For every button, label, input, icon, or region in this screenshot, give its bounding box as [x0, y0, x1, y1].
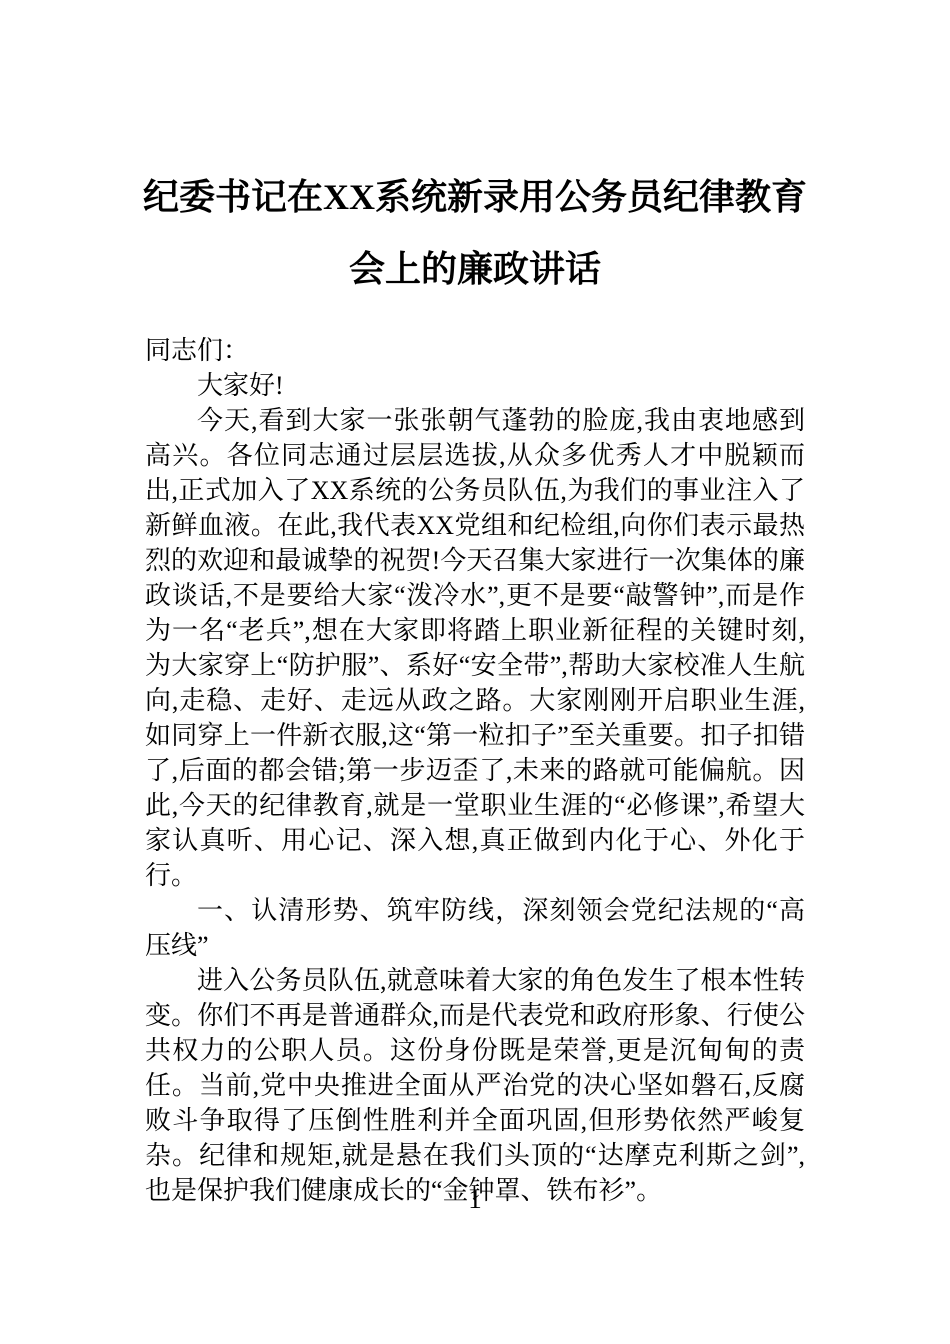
- section-heading-1: 一、认清形势、筑牢防线，深刻领会党纪法规的“高压线”: [145, 893, 805, 963]
- document-body: 同志们： 大家好! 今天,看到大家一张张朝气蓬勃的脸庞,我由衷地感到高兴。各位同…: [145, 333, 805, 1208]
- document-page: 纪委书记在XX系统新录用公务员纪律教育会上的廉政讲话 同志们： 大家好! 今天,…: [0, 0, 950, 1344]
- document-title: 纪委书记在XX系统新录用公务员纪律教育会上的廉政讲话: [130, 161, 820, 305]
- paragraph-salutation: 同志们：: [145, 333, 805, 368]
- document-content: 纪委书记在XX系统新录用公务员纪律教育会上的廉政讲话 同志们： 大家好! 今天,…: [145, 161, 805, 1208]
- paragraph-opening: 今天,看到大家一张张朝气蓬勃的脸庞,我由衷地感到高兴。各位同志通过层层选拔,从众…: [145, 403, 805, 893]
- paragraph-greeting: 大家好!: [145, 368, 805, 403]
- paragraph-section-1-body: 进入公务员队伍,就意味着大家的角色发生了根本性转变。你们不再是普通群众,而是代表…: [145, 963, 805, 1208]
- page-number: 1: [0, 1183, 950, 1215]
